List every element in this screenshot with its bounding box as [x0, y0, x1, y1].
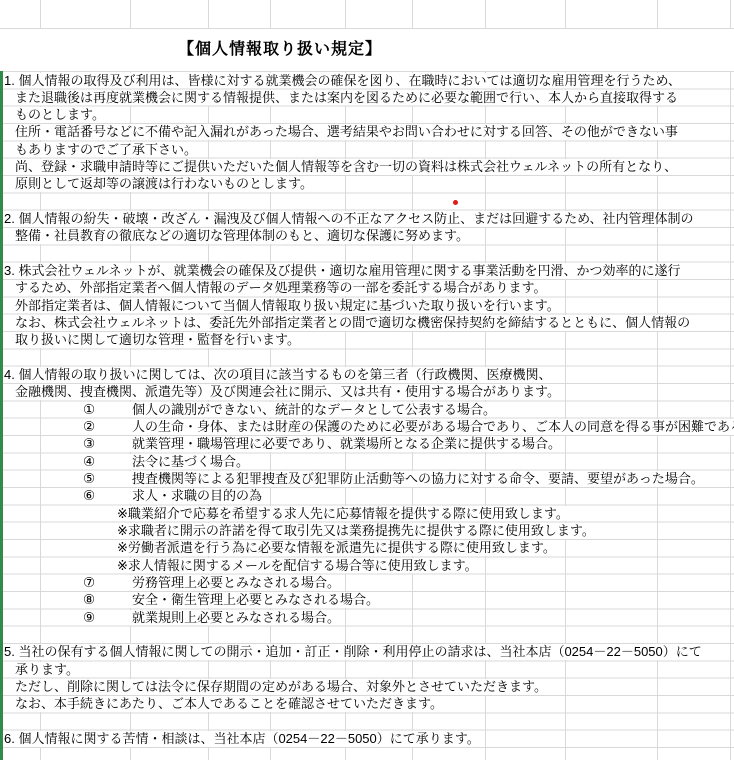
text-line: 4. 個人情報の取り扱いに関しては、次の項目に該当するものを第三者（行政機関、医…: [4, 367, 554, 383]
text-line: 1. 個人情報の取得及び利用は、皆様に対する就業機会の確保を図り、在職時において…: [4, 73, 684, 89]
line-text: また退職後は再度就業機会に関する情報提供、または案内を図るために必要な範囲で行い…: [15, 90, 678, 105]
line-text: するため、外部指定業者へ個人情報のデータ処理業務等の一部を委託する場合があります…: [15, 280, 546, 295]
line-text: 整備・社員教育の徹底などの適切な管理体制のもと、適切な保護に努めます。: [15, 228, 469, 243]
text-line: 2. 個人情報の紛失・破壊・改ざん・漏洩及び個人情報への不正なアクセス防止、まだ…: [4, 211, 697, 227]
list-item-line: ⑦労務管理上必要とみなされる場合。: [83, 575, 343, 591]
circled-number: ⑤: [83, 471, 132, 487]
line-text: ただし、削除に関しては法令に保存期間の定めがある場合、対象外とさせていただきます…: [15, 679, 547, 694]
text-line: 原則として返却等の譲渡は行わないものとします。: [15, 176, 316, 192]
page-title: 【個人情報取り扱い規定】: [0, 36, 560, 59]
text-line: ※求職者に開示の許諾を得て取引先又は業務提携先に提供する際に使用致します。: [117, 523, 598, 539]
text-line: もありますのでご了承下さい。: [15, 142, 200, 158]
line-text: 尚、登録・求職申請時等にご提供いただいた個人情報等を含む一切の資料は株式会社ウェ…: [15, 159, 677, 174]
line-text: 1. 個人情報の取得及び利用は、皆様に対する就業機会の確保を図り、在職時において…: [4, 73, 681, 88]
line-text: 求人・求職の目的の為: [132, 488, 262, 503]
line-text: 2. 個人情報の紛失・破壊・改ざん・漏洩及び個人情報への不正なアクセス防止、まだ…: [4, 211, 694, 226]
line-text: 4. 個人情報の取り扱いに関しては、次の項目に該当するものを第三者（行政機関、医…: [4, 367, 551, 382]
window-left-edge: [0, 71, 3, 760]
text-line: 6. 個人情報に関する苦情・相談は、当社本店（0254－22－5050）にて承り…: [4, 731, 483, 747]
line-text: 6. 個人情報に関する苦情・相談は、当社本店（0254－22－5050）にて承り…: [4, 731, 480, 746]
line-text: 労務管理上必要とみなされる場合。: [132, 575, 340, 590]
text-line: ただし、削除に関しては法令に保存期間の定めがある場合、対象外とさせていただきます…: [15, 679, 550, 695]
line-text: 住所・電話番号などに不備や記入漏れがあった場合、選考結果やお問い合わせに対する回…: [15, 124, 678, 139]
line-text: 取り扱いに関して適切な管理・監督を行います。: [15, 332, 300, 347]
list-item-line: ②人の生命・身体、または財産の保護のために必要がある場合であり、ご本人の同意を得…: [83, 419, 734, 435]
line-text: 3. 株式会社ウェルネットが、就業機会の確保及び提供・適切な雇用管理に関する事業…: [4, 263, 681, 278]
circled-number: ③: [83, 436, 132, 452]
circled-number: ⑧: [83, 592, 132, 608]
text-line: 承ります。: [15, 662, 82, 678]
line-text: ※求人情報に関するメールを配信する場合等に使用致します。: [117, 558, 478, 573]
spreadsheet-area[interactable]: 【個人情報取り扱い規定】 1. 個人情報の取得及び利用は、皆様に対する就業機会の…: [0, 0, 734, 760]
line-text: 法令に基づく場合。: [132, 454, 249, 469]
text-line: 取り扱いに関して適切な管理・監督を行います。: [15, 332, 303, 348]
line-text: もありますのでご了承下さい。: [15, 142, 197, 157]
line-text: なお、本手続きにあたり、ご本人であることを確認させていただきます。: [15, 696, 443, 711]
list-item-line: ①個人の識別ができない、統計的なデータとして公表する場合。: [83, 402, 499, 418]
circled-number: ⑦: [83, 575, 132, 591]
line-text: 5. 当社の保有する個人情報に関しての開示・追加・訂正・削除・利用停止の請求は、…: [4, 644, 702, 659]
comment-marker-dot: [453, 200, 458, 205]
circled-number: ④: [83, 454, 132, 470]
line-text: なお、株式会社ウェルネットは、委託先外部指定業者との間で適切な機密保持契約を締結…: [15, 315, 690, 330]
line-text: 人の生命・身体、または財産の保護のために必要がある場合であり、ご本人の同意を得る…: [132, 419, 734, 434]
line-text: ものとします。: [15, 107, 105, 122]
line-text: 捜査機関等による犯罪捜査及び犯罪防止活動等への協力に対する命令、要請、要望があっ…: [132, 471, 704, 486]
text-line: するため、外部指定業者へ個人情報のデータ処理業務等の一部を委託する場合があります…: [15, 280, 549, 296]
list-item-line: ③就業管理・職場管理に必要であり、就業場所となる企業に提供する場合。: [83, 436, 564, 452]
text-line: なお、本手続きにあたり、ご本人であることを確認させていただきます。: [15, 696, 446, 712]
text-line: 3. 株式会社ウェルネットが、就業機会の確保及び提供・適切な雇用管理に関する事業…: [4, 263, 684, 279]
line-text: 外部指定業者は、個人情報について当個人情報取り扱い規定に基づいた取り扱いを行いま…: [15, 298, 560, 313]
text-line: ものとします。: [15, 107, 108, 123]
text-line: ※労働者派遣を行う為に必要な情報を派遣先に提供する際に使用致します。: [117, 540, 559, 556]
line-text: 承ります。: [15, 662, 79, 677]
line-text: 就業管理・職場管理に必要であり、就業場所となる企業に提供する場合。: [132, 436, 561, 451]
list-item-line: ⑥求人・求職の目的の為: [83, 488, 265, 504]
text-line: また退職後は再度就業機会に関する情報提供、または案内を図るために必要な範囲で行い…: [15, 90, 681, 106]
circled-number: ②: [83, 419, 132, 435]
circled-number: ⑥: [83, 488, 132, 504]
text-line: 金融機関、捜査機関、派遣先等）及び関連会社に開示、又は共有・使用する場合がありま…: [15, 384, 563, 400]
list-item-line: ⑤捜査機関等による犯罪捜査及び犯罪防止活動等への協力に対する命令、要請、要望があ…: [83, 471, 707, 487]
list-item-line: ⑧安全・衛生管理上必要とみなされる場合。: [83, 592, 382, 608]
line-text: 金融機関、捜査機関、派遣先等）及び関連会社に開示、又は共有・使用する場合がありま…: [15, 384, 560, 399]
line-text: 個人の識別ができない、統計的なデータとして公表する場合。: [132, 402, 496, 417]
line-text: ※職業紹介で応募を希望する求人先に応募情報を提供する際に使用致します。: [117, 506, 569, 521]
text-line: ※求人情報に関するメールを配信する場合等に使用致します。: [117, 558, 481, 574]
circled-number: ①: [83, 402, 132, 418]
text-line: 整備・社員教育の徹底などの適切な管理体制のもと、適切な保護に努めます。: [15, 228, 472, 244]
text-line: 外部指定業者は、個人情報について当個人情報取り扱い規定に基づいた取り扱いを行いま…: [15, 298, 563, 314]
line-text: ※労働者派遣を行う為に必要な情報を派遣先に提供する際に使用致します。: [117, 540, 556, 555]
circled-number: ⑨: [83, 610, 132, 626]
text-line: ※職業紹介で応募を希望する求人先に応募情報を提供する際に使用致します。: [117, 506, 572, 522]
text-line: なお、株式会社ウェルネットは、委託先外部指定業者との間で適切な機密保持契約を締結…: [15, 315, 693, 331]
list-item-line: ⑨就業規則上必要とみなされる場合。: [83, 610, 343, 626]
line-text: 就業規則上必要とみなされる場合。: [132, 610, 340, 625]
line-text: 安全・衛生管理上必要とみなされる場合。: [132, 592, 379, 607]
list-item-line: ④法令に基づく場合。: [83, 454, 252, 470]
text-line: 住所・電話番号などに不備や記入漏れがあった場合、選考結果やお問い合わせに対する回…: [15, 124, 681, 140]
line-text: 原則として返却等の譲渡は行わないものとします。: [15, 176, 313, 191]
text-line: 尚、登録・求職申請時等にご提供いただいた個人情報等を含む一切の資料は株式会社ウェ…: [15, 159, 680, 175]
text-line: 5. 当社の保有する個人情報に関しての開示・追加・訂正・削除・利用停止の請求は、…: [4, 644, 705, 660]
line-text: ※求職者に開示の許諾を得て取引先又は業務提携先に提供する際に使用致します。: [117, 523, 595, 538]
